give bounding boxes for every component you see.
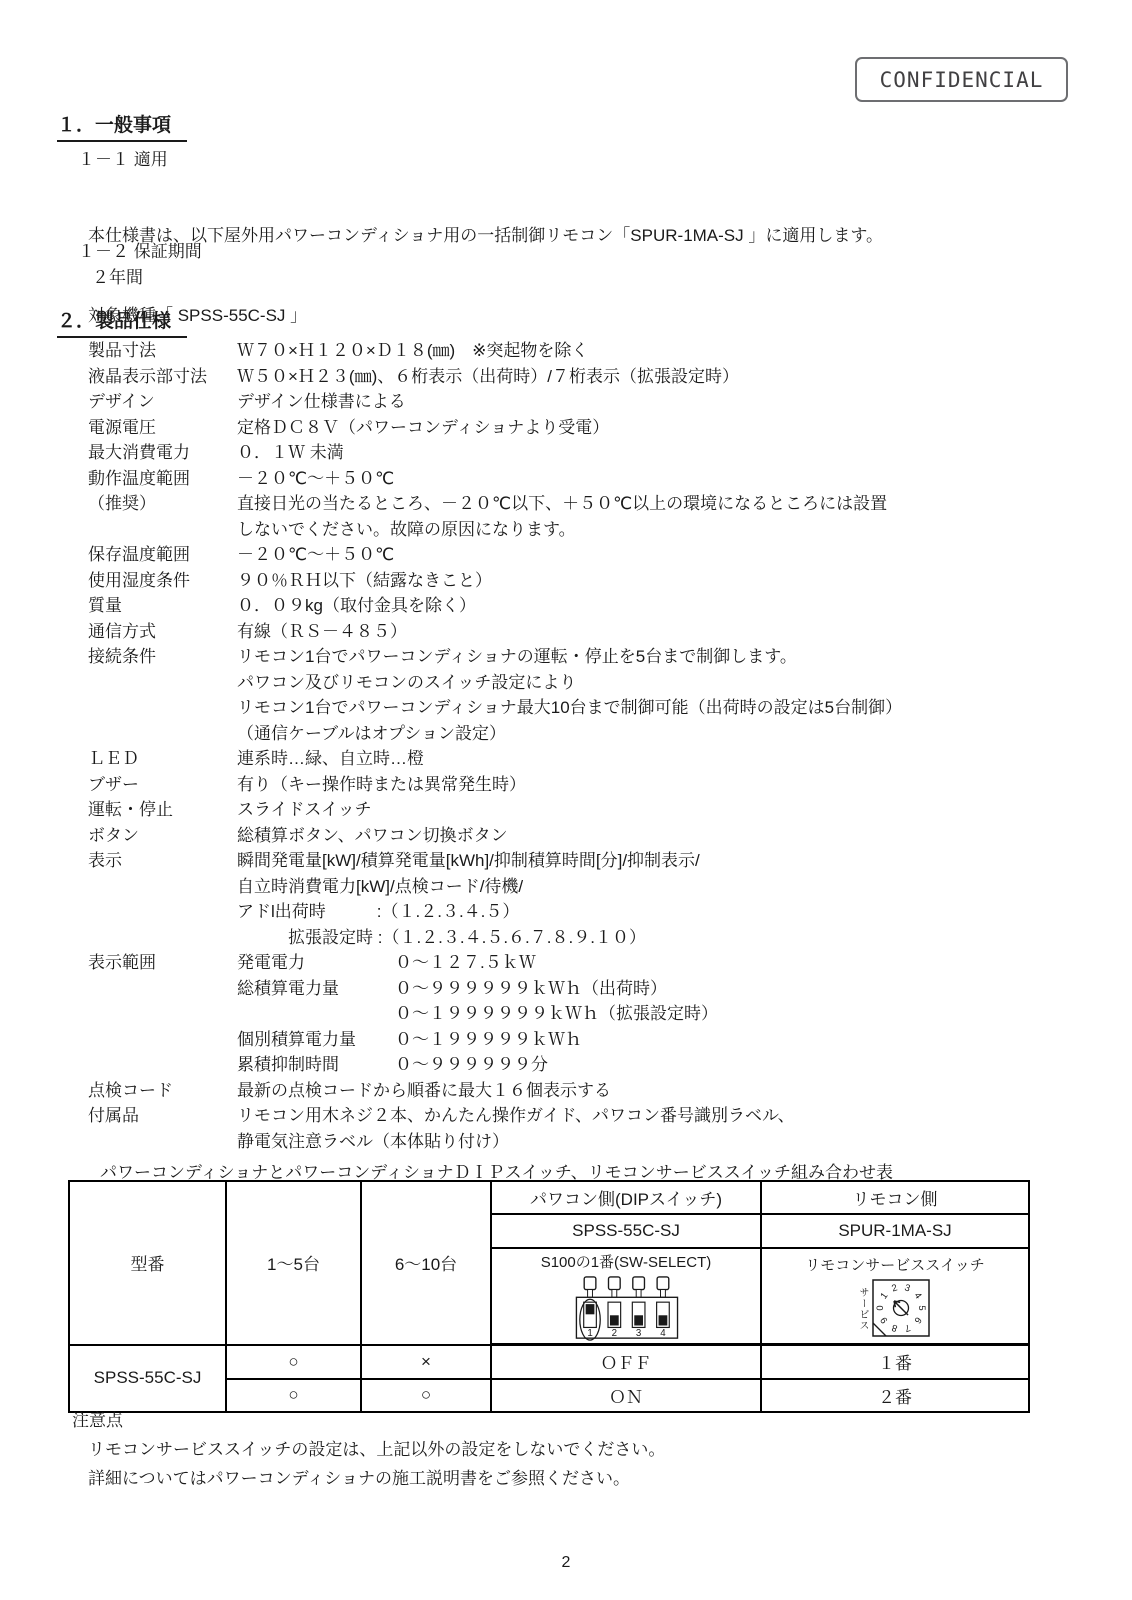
spec-row: ０～１９９９９９９ｋＷｈ（拡張設定時）	[0, 1001, 1132, 1027]
spec-value: ９０％ＲＨ以下（結露なきこと）	[237, 568, 1132, 594]
spec-sublabel	[237, 1001, 395, 1027]
spec-value: Ｗ５０×Ｈ２３(㎜)、６桁表示（出荷時）/７桁表示（拡張設定時）	[237, 364, 1132, 390]
spec-value: アドl出荷時 :（１.２.３.４.５）	[237, 899, 1132, 925]
spec-label: 運転・停止	[88, 797, 237, 823]
rotary-dial: 0 1 2 3 4 5 6 7 8 9	[870, 1277, 934, 1341]
section2-heading-text: ２．製品仕様	[57, 306, 187, 338]
rotary-service-label: サービス	[856, 1287, 868, 1331]
section1-heading: １．一般事項	[57, 110, 187, 142]
cell-1-5-row1: ○	[226, 1345, 361, 1379]
spec-label	[88, 1027, 237, 1053]
spec-row: しないでください。故障の原因になります。	[0, 517, 1132, 543]
spec-value: ０～９９９９９９分	[395, 1052, 1132, 1078]
dip-position-label: 2	[612, 1328, 617, 1339]
spec-value: 有線（ＲＳ－４８５）	[237, 619, 1132, 645]
notes-title: 注意点	[72, 1406, 665, 1435]
spec-row: ＬＥＤ連系時…緑、自立時…橙	[0, 746, 1132, 772]
spec-row: 質量０．０９kg（取付金具を除く）	[0, 593, 1132, 619]
spec-value: 有り（キー操作時または異常発生時）	[237, 772, 1132, 798]
spec-value: リモコン1台でパワーコンディショナの運転・停止を5台まで制御します。	[237, 644, 1132, 670]
spec-value: スライドスイッチ	[237, 797, 1132, 823]
cell-dip-row1: ＯＦＦ	[491, 1345, 761, 1379]
spec-row: パワコン及びリモコンのスイッチ設定により	[0, 670, 1132, 696]
spec-label: 最大消費電力	[88, 440, 237, 466]
spec-label: 表示範囲	[88, 950, 237, 976]
spec-value: 総積算ボタン、パワコン切換ボタン	[237, 823, 1132, 849]
spec-label	[88, 695, 237, 721]
section1-2-body: ２年間	[92, 263, 143, 288]
spec-value: －２０℃～＋５０℃	[237, 466, 1132, 492]
spec-list: 製品寸法Ｗ７０×Ｈ１２０×Ｄ１８(㎜) ※突起物を除く液晶表示部寸法Ｗ５０×Ｈ２…	[0, 338, 1132, 1154]
spec-label	[88, 517, 237, 543]
spec-row: 表示瞬間発電量[kW]/積算発電量[kWh]/抑制積算時間[分]/抑制表示/	[0, 848, 1132, 874]
spec-row: 表示範囲発電電力０～１２７.５ｋＷ	[0, 950, 1132, 976]
spec-row: 通信方式有線（ＲＳ－４８５）	[0, 619, 1132, 645]
header-pcs-switch-cell: S100の1番(SW-SELECT)	[491, 1248, 761, 1345]
header-pcs-side: パワコン側(DIPスイッチ)	[491, 1181, 761, 1214]
spec-value: 自立時消費電力[kW]/点検コード/待機/	[237, 874, 1132, 900]
spec-label	[88, 874, 237, 900]
spec-value: 静電気注意ラベル（本体貼り付け）	[237, 1129, 1132, 1155]
dip-position-label: 4	[660, 1328, 666, 1339]
spec-label: （推奨）	[88, 491, 237, 517]
spec-row: 電源電圧定格ＤＣ８Ｖ（パワーコンディショナより受電）	[0, 415, 1132, 441]
header-model-col: 型番	[69, 1181, 226, 1345]
spec-row: 静電気注意ラベル（本体貼り付け）	[0, 1129, 1132, 1155]
dip-switch-illustration: 1 2 3 4	[561, 1273, 691, 1343]
spec-label: 通信方式	[88, 619, 237, 645]
spec-label	[88, 721, 237, 747]
spec-value: Ｗ７０×Ｈ１２０×Ｄ１８(㎜) ※突起物を除く	[237, 338, 1132, 364]
spec-value: 直接日光の当たるところ、－２０℃以下、＋５０℃以上の環境になるところには設置	[237, 491, 1132, 517]
notes-block: 注意点 リモコンサービススイッチの設定は、上記以外の設定をしないでください。 詳…	[72, 1406, 665, 1493]
spec-value: リモコン1台でパワーコンディショナ最大10台まで制御可能（出荷時の設定は5台制御…	[237, 695, 1132, 721]
section2-heading: ２．製品仕様	[57, 306, 187, 338]
spec-value: 拡張設定時 :（１.２.３.４.５.６.７.８.９.１０）	[237, 925, 1132, 951]
spec-value: 最新の点検コードから順番に最大１６個表示する	[237, 1078, 1132, 1104]
spec-value: しないでください。故障の原因になります。	[237, 517, 1132, 543]
spec-row: 総積算電力量０～９９９９９９ｋＷｈ（出荷時）	[0, 976, 1132, 1002]
spec-row: 接続条件リモコン1台でパワーコンディショナの運転・停止を5台まで制御します。	[0, 644, 1132, 670]
spec-label: 保存温度範囲	[88, 542, 237, 568]
header-col-1-5: 1～5台	[226, 1181, 361, 1345]
pcs-switch-cell: S100の1番(SW-SELECT)	[492, 1249, 760, 1343]
spec-sublabel: 総積算電力量	[237, 976, 395, 1002]
page-number: 2	[0, 1554, 1132, 1572]
cell-service-row1: １番	[761, 1345, 1029, 1379]
spec-value: 瞬間発電量[kW]/積算発電量[kWh]/抑制積算時間[分]/抑制表示/	[237, 848, 1132, 874]
spec-row: 保存温度範囲－２０℃～＋５０℃	[0, 542, 1132, 568]
rotary-digit: 0	[875, 1305, 886, 1310]
confidential-stamp: CONFIDENCIAL	[855, 57, 1068, 102]
spec-row: 自立時消費電力[kW]/点検コード/待機/	[0, 874, 1132, 900]
spec-label: 動作温度範囲	[88, 466, 237, 492]
section1-heading-text: １．一般事項	[57, 110, 187, 142]
combination-table: 型番 1～5台 6～10台 パワコン側(DIPスイッチ) リモコン側 SPSS-…	[68, 1180, 1030, 1413]
spec-label: ボタン	[88, 823, 237, 849]
rotary-switch-illustration: サービス 0 1 2 3 4 5 6	[856, 1277, 934, 1341]
spec-label	[88, 670, 237, 696]
header-remote-switch-cell: リモコンサービススイッチ サービス 0 1 2 3 4	[761, 1248, 1029, 1345]
spec-row: 点検コード最新の点検コードから順番に最大１６個表示する	[0, 1078, 1132, 1104]
spec-label	[88, 899, 237, 925]
spec-label: 電源電圧	[88, 415, 237, 441]
spec-row: 最大消費電力０．１Ｗ 未満	[0, 440, 1132, 466]
note-line: 詳細についてはパワーコンディショナの施工説明書をご参照ください。	[88, 1464, 665, 1493]
dip-position-label: 1	[587, 1328, 592, 1339]
spec-label: ＬＥＤ	[88, 746, 237, 772]
spec-value: パワコン及びリモコンのスイッチ設定により	[237, 670, 1132, 696]
section1-1-title: １－１ 適用	[78, 145, 168, 170]
spec-value: デザイン仕様書による	[237, 389, 1132, 415]
spec-row: リモコン1台でパワーコンディショナ最大10台まで制御可能（出荷時の設定は5台制御…	[0, 695, 1132, 721]
spec-sublabel: 累積抑制時間	[237, 1052, 395, 1078]
spec-value: ０～１２７.５ｋＷ	[395, 950, 1132, 976]
spec-value: －２０℃～＋５０℃	[237, 542, 1132, 568]
spec-label: 表示	[88, 848, 237, 874]
header-pcs-model: SPSS-55C-SJ	[491, 1214, 761, 1248]
spec-row: 拡張設定時 :（１.２.３.４.５.６.７.８.９.１０）	[0, 925, 1132, 951]
spec-row: ブザー有り（キー操作時または異常発生時）	[0, 772, 1132, 798]
spec-value: ０．１Ｗ 未満	[237, 440, 1132, 466]
spec-row: 液晶表示部寸法Ｗ５０×Ｈ２３(㎜)、６桁表示（出荷時）/７桁表示（拡張設定時）	[0, 364, 1132, 390]
spec-label	[88, 925, 237, 951]
remote-switch-label: リモコンサービススイッチ	[805, 1256, 984, 1276]
spec-row: デザインデザイン仕様書による	[0, 389, 1132, 415]
document-page: CONFIDENCIAL １．一般事項 １－１ 適用 本仕様書は、以下屋外用パワ…	[0, 0, 1132, 1600]
spec-label	[88, 1129, 237, 1155]
rotary-digit: 5	[916, 1305, 927, 1310]
header-remote-model: SPUR-1MA-SJ	[761, 1214, 1029, 1248]
cell-service-row2: ２番	[761, 1379, 1029, 1412]
spec-label: ブザー	[88, 772, 237, 798]
spec-value: ０～１９９９９９９ｋＷｈ（拡張設定時）	[395, 1001, 1132, 1027]
pcs-switch-label: S100の1番(SW-SELECT)	[541, 1253, 712, 1273]
spec-row: 累積抑制時間０～９９９９９９分	[0, 1052, 1132, 1078]
remote-switch-cell: リモコンサービススイッチ サービス 0 1 2 3 4	[762, 1252, 1028, 1341]
confidential-label: CONFIDENCIAL	[880, 68, 1044, 92]
spec-row: 製品寸法Ｗ７０×Ｈ１２０×Ｄ１８(㎜) ※突起物を除く	[0, 338, 1132, 364]
spec-value: 定格ＤＣ８Ｖ（パワーコンディショナより受電）	[237, 415, 1132, 441]
spec-value: リモコン用木ネジ２本、かんたん操作ガイド、パワコン番号識別ラベル、	[237, 1103, 1132, 1129]
spec-label	[88, 1052, 237, 1078]
spec-row: アドl出荷時 :（１.２.３.４.５）	[0, 899, 1132, 925]
spec-label: 液晶表示部寸法	[88, 364, 237, 390]
spec-label: デザイン	[88, 389, 237, 415]
spec-row: 個別積算電力量０～１９９９９９ｋＷｈ	[0, 1027, 1132, 1053]
header-remote-side: リモコン側	[761, 1181, 1029, 1214]
cell-6-10-row1: ×	[361, 1345, 491, 1379]
spec-value: ０．０９kg（取付金具を除く）	[237, 593, 1132, 619]
spec-row: （通信ケーブルはオプション設定）	[0, 721, 1132, 747]
spec-row: ボタン総積算ボタン、パワコン切換ボタン	[0, 823, 1132, 849]
table-model-cell: SPSS-55C-SJ	[69, 1345, 226, 1412]
section1-2-title: １－２ 保証期間	[78, 237, 202, 262]
spec-row: （推奨）直接日光の当たるところ、－２０℃以下、＋５０℃以上の環境になるところには…	[0, 491, 1132, 517]
spec-label: 点検コード	[88, 1078, 237, 1104]
spec-sublabel: 発電電力	[237, 950, 395, 976]
spec-value: ０～９９９９９９ｋＷｈ（出荷時）	[395, 976, 1132, 1002]
spec-value: （通信ケーブルはオプション設定）	[237, 721, 1132, 747]
spec-label: 使用湿度条件	[88, 568, 237, 594]
spec-label: 質量	[88, 593, 237, 619]
paragraph-line: 対象機種「 SPSS-55C-SJ 」	[88, 303, 883, 330]
spec-value: 連系時…緑、自立時…橙	[237, 746, 1132, 772]
spec-label	[88, 1001, 237, 1027]
spec-label	[88, 976, 237, 1002]
spec-label: 製品寸法	[88, 338, 237, 364]
dip-position-label: 3	[636, 1328, 641, 1339]
spec-label: 接続条件	[88, 644, 237, 670]
note-line: リモコンサービススイッチの設定は、上記以外の設定をしないでください。	[88, 1435, 665, 1464]
spec-sublabel: 個別積算電力量	[237, 1027, 395, 1053]
spec-label: 付属品	[88, 1103, 237, 1129]
paragraph-line: 本仕様書は、以下屋外用パワーコンディショナ用の一括制御リモコン「SPUR-1MA…	[88, 223, 883, 250]
spec-row: 動作温度範囲－２０℃～＋５０℃	[0, 466, 1132, 492]
spec-row: 使用湿度条件９０％ＲＨ以下（結露なきこと）	[0, 568, 1132, 594]
spec-row: 付属品リモコン用木ネジ２本、かんたん操作ガイド、パワコン番号識別ラベル、	[0, 1103, 1132, 1129]
header-col-6-10: 6～10台	[361, 1181, 491, 1345]
spec-row: 運転・停止スライドスイッチ	[0, 797, 1132, 823]
spec-value: ０～１９９９９９ｋＷｈ	[395, 1027, 1132, 1053]
